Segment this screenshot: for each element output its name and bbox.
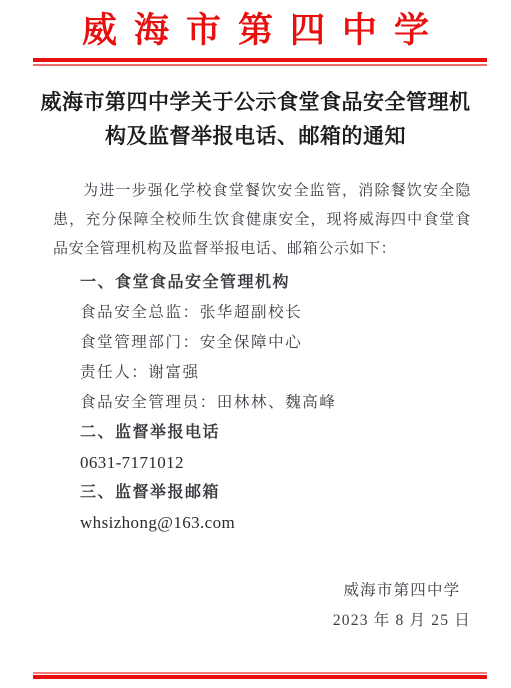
food-safety-director-line: 食品安全总监：张华超副校长 xyxy=(80,298,471,328)
signature-block: 威海市第四中学 2023 年 8 月 25 日 xyxy=(333,576,471,636)
signature-school-name: 威海市第四中学 xyxy=(333,576,471,606)
signature-date: 2023 年 8 月 25 日 xyxy=(333,606,471,636)
report-phone-number: 0631-7171012 xyxy=(80,448,471,478)
document-masthead: 威海市第四中学 xyxy=(0,0,511,53)
section-2-heading: 二、监督举报电话 xyxy=(80,418,471,448)
footer-divider-thick-line xyxy=(33,675,487,679)
header-divider xyxy=(33,58,487,66)
header-divider-thin-line xyxy=(33,64,487,66)
header-divider-thick-line xyxy=(33,58,487,62)
canteen-management-department-line: 食堂管理部门：安全保障中心 xyxy=(80,328,471,358)
footer-divider xyxy=(33,672,487,679)
document-page: 威海市第四中学 威海市第四中学关于公示食堂食品安全管理机构及监督举报电话、邮箱的… xyxy=(0,0,511,688)
report-email-address: whsizhong@163.com xyxy=(80,508,471,538)
notice-intro-paragraph: 为进一步强化学校食堂餐饮安全监管，消除餐饮安全隐患，充分保障全校师生饮食健康安全… xyxy=(53,177,471,264)
food-safety-managers-line: 食品安全管理员：田林林、魏高峰 xyxy=(80,388,471,418)
responsible-person-line: 责任人：谢富强 xyxy=(80,358,471,388)
section-3-heading: 三、监督举报邮箱 xyxy=(80,478,471,508)
footer-divider-thin-line xyxy=(33,672,487,674)
section-1-heading: 一、食堂食品安全管理机构 xyxy=(80,268,471,298)
notice-body: 一、食堂食品安全管理机构 食品安全总监：张华超副校长 食堂管理部门：安全保障中心… xyxy=(80,268,471,538)
notice-title: 威海市第四中学关于公示食堂食品安全管理机构及监督举报电话、邮箱的通知 xyxy=(40,85,472,153)
school-name-heading: 威海市第四中学 xyxy=(82,9,446,53)
